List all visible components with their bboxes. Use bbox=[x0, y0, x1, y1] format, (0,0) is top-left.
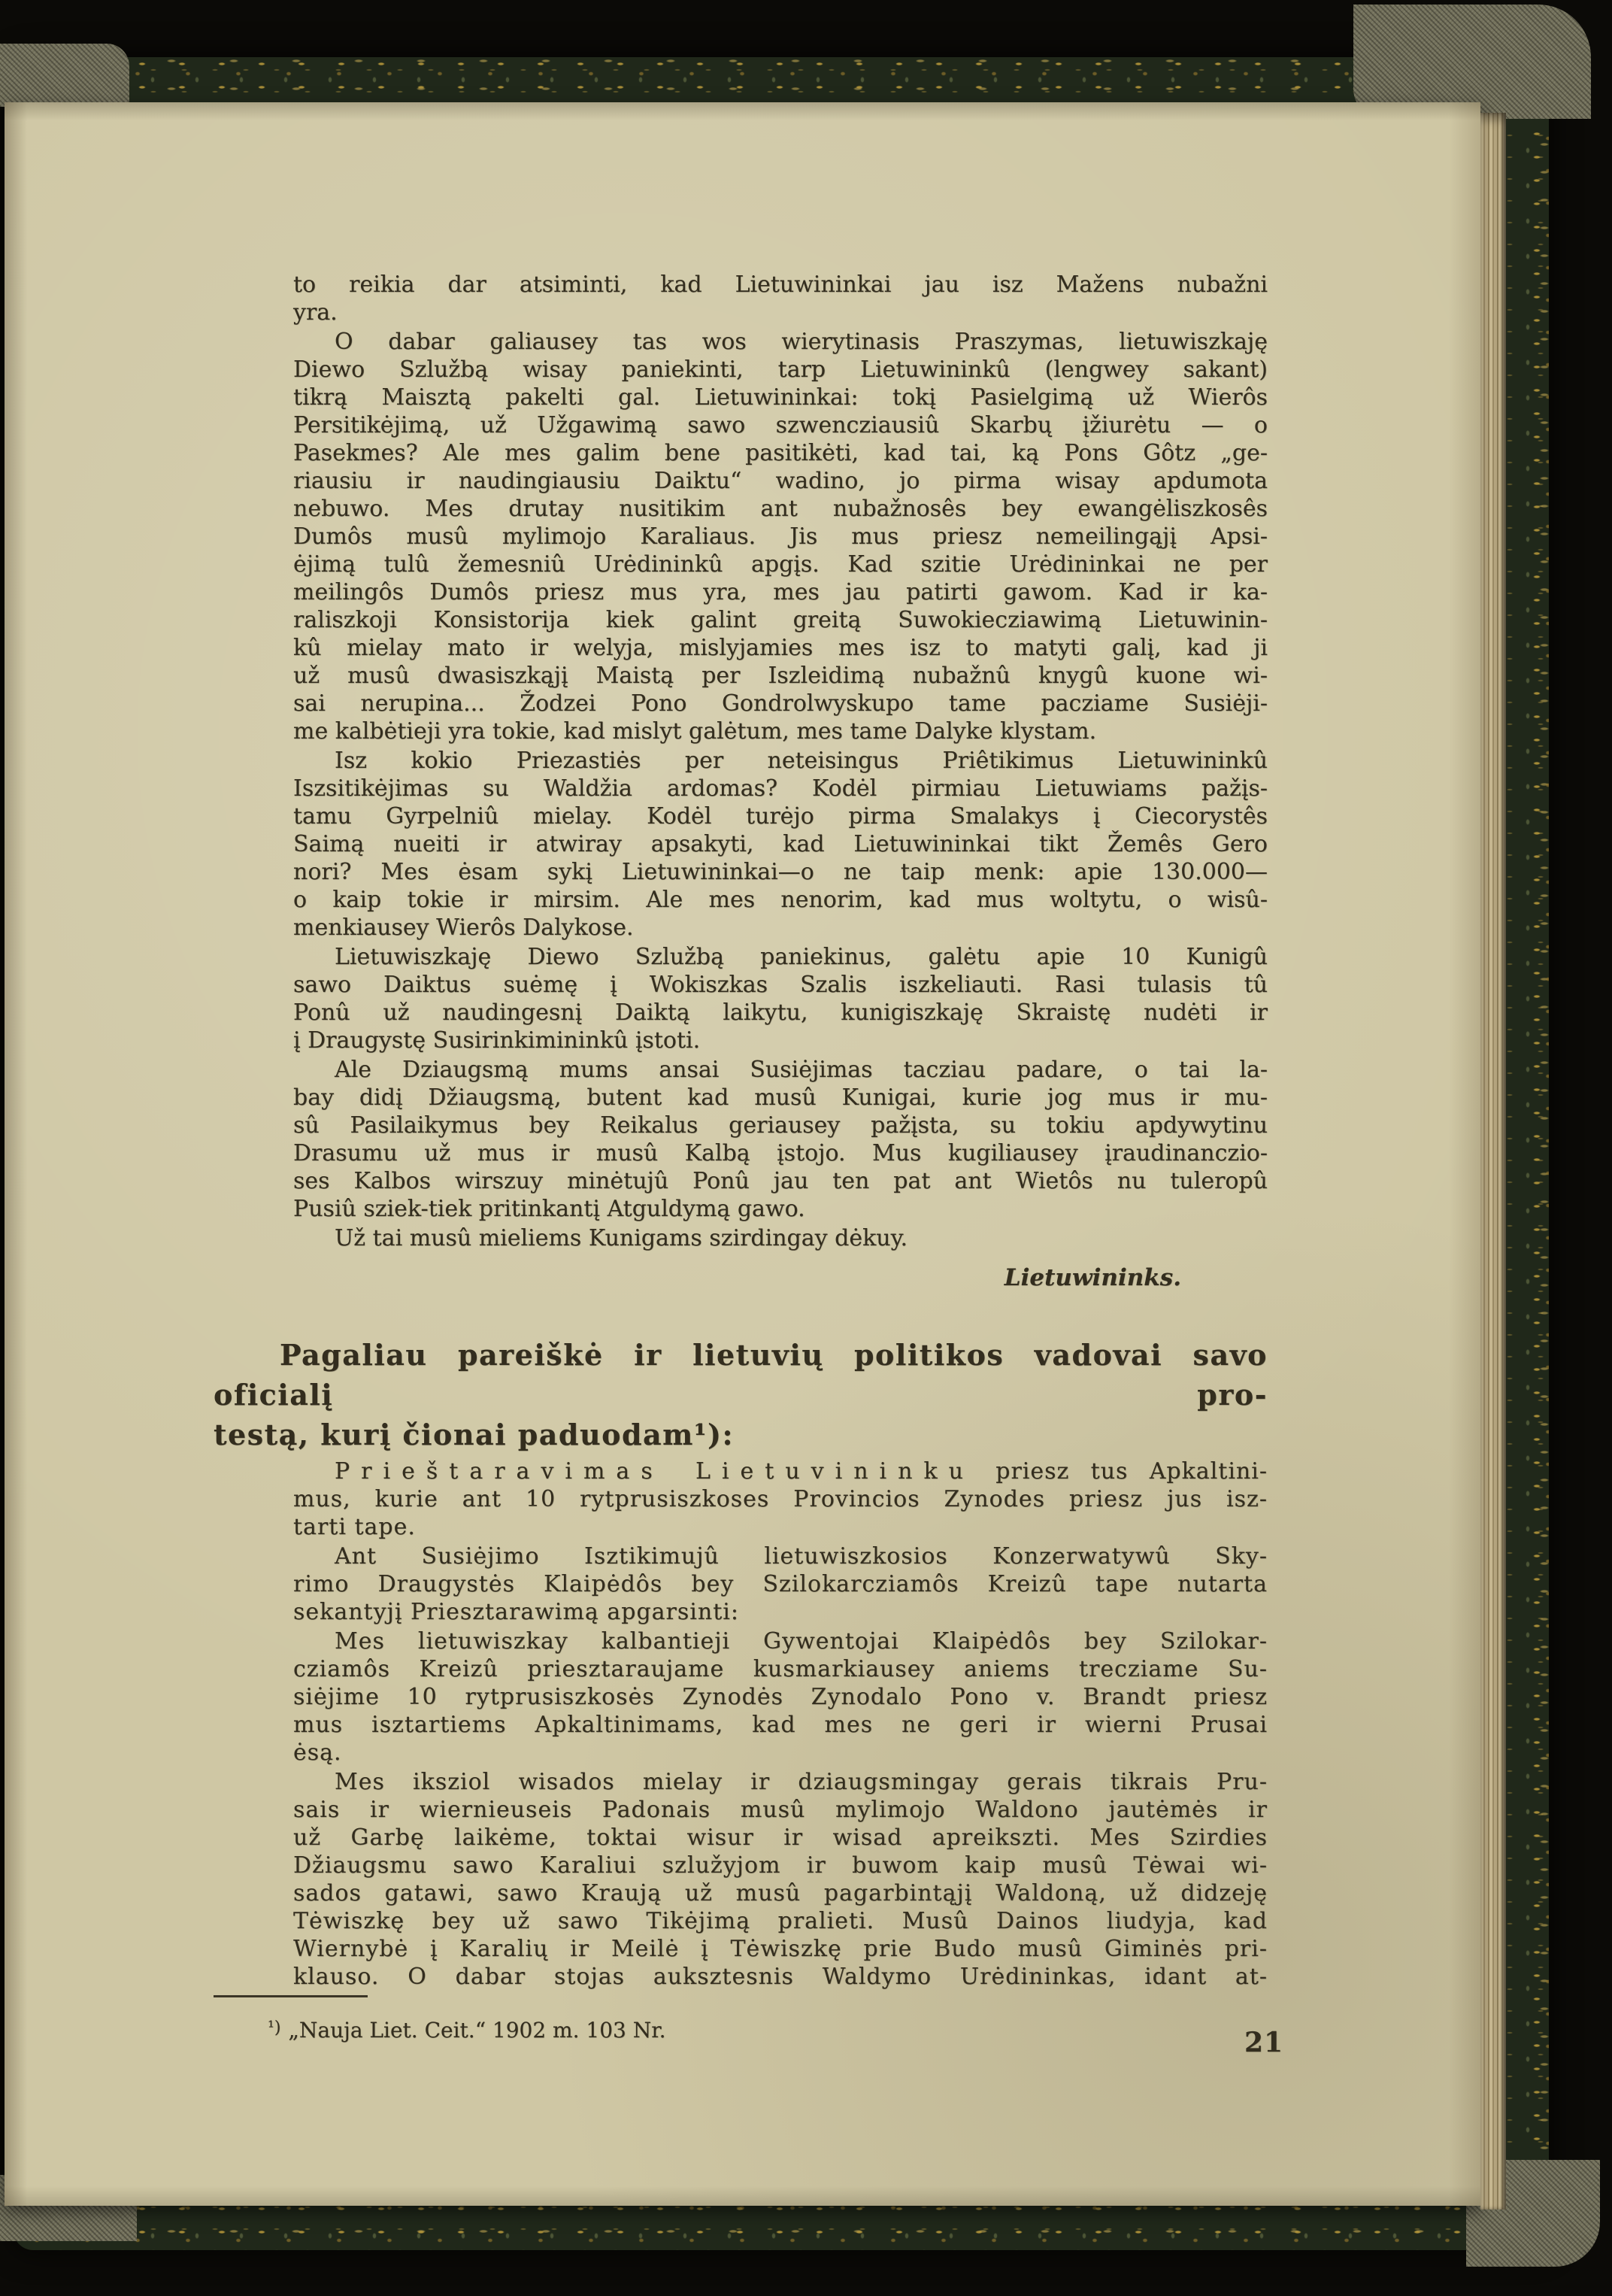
text-line: meilingôs Dumôs priesz mus yra, mes jau … bbox=[293, 578, 1268, 606]
text-line: sawo Daiktus suėmę į Wokiszkas Szalis is… bbox=[293, 971, 1268, 999]
text-line: Mes lietuwiszkay kalbantieji Gywentojai … bbox=[293, 1627, 1268, 1655]
paragraph: Pagaliau pareiškė ir lietuvių politikos … bbox=[214, 1335, 1268, 1454]
text-line: Tėwiszkę bey už sawo Tikėjimą pralieti. … bbox=[293, 1907, 1268, 1935]
spaced-heading: Prieštaravimas Lietuvininku bbox=[335, 1458, 974, 1485]
text-line: Ale Dziaugsmą mums ansai Susiėjimas tacz… bbox=[293, 1056, 1268, 1084]
text-line: testą, kurį čionai paduodam¹): bbox=[214, 1415, 1268, 1454]
text-line: Už tai musû mieliems Kunigams szirdingay… bbox=[293, 1224, 1268, 1252]
text-line: Saimą nueiti ir atwiray apsakyti, kad Li… bbox=[293, 830, 1268, 858]
text-line: Džiaugsmu sawo Karaliui szlužyjom ir buw… bbox=[293, 1852, 1268, 1879]
paragraph: Už tai musû mieliems Kunigams szirdingay… bbox=[293, 1224, 1268, 1252]
text-line: Dumôs musû mylimojo Karaliaus. Jis mus p… bbox=[293, 523, 1268, 550]
text-line: sais ir wiernieuseis Padonais musû mylim… bbox=[293, 1796, 1268, 1824]
text-line: nebuwo. Mes drutay nusitikim ant nubažno… bbox=[293, 495, 1268, 523]
text-line: ėjimą tulû žemesniû Urėdininkû apgįs. Ka… bbox=[293, 550, 1268, 578]
book-page: to reikia dar atsiminti, kad Lietuwinink… bbox=[5, 102, 1480, 2206]
text-line: sû Pasilaikymus bey Reikalus geriausey p… bbox=[293, 1112, 1268, 1139]
text-line: Wiernybė į Karalių ir Meilė į Tėwiszkę p… bbox=[293, 1935, 1268, 1963]
paragraph: Lietuwiszkaję Diewo Szlužbą paniekinus, … bbox=[293, 943, 1268, 1054]
text-line: nori? Mes ėsam sykį Lietuwininkai—o ne t… bbox=[293, 858, 1268, 886]
text-line: cziamôs Kreizû priesztaraujame kusmarkia… bbox=[293, 1655, 1268, 1683]
text-line: ėsą. bbox=[293, 1739, 1268, 1767]
cover-cloth-corner-top-left bbox=[0, 44, 129, 107]
paragraph: Mes lietuwiszkay kalbantieji Gywentojai … bbox=[293, 1627, 1268, 1767]
paragraph: Isz kokio Priezastiės per neteisingus Pr… bbox=[293, 747, 1268, 942]
text-line: rimo Draugystės Klaipėdôs bey Szilokarcz… bbox=[293, 1570, 1268, 1598]
text-column: to reikia dar atsiminti, kad Lietuwinink… bbox=[214, 271, 1268, 2043]
text-line: sekantyjį Priesztarawimą apgarsinti: bbox=[293, 1598, 1268, 1626]
protest-text-block: Prieštaravimas Lietuvininku priesz tus A… bbox=[293, 1457, 1268, 1991]
text-line: Prieštaravimas Lietuvininku priesz tus A… bbox=[293, 1457, 1268, 1485]
page-fore-edge bbox=[1480, 113, 1506, 2210]
text-line: Isz kokio Priezastiės per neteisingus Pr… bbox=[293, 747, 1268, 775]
text-line: Drasumu už mus ir musû Kalbą įstojo. Mus… bbox=[293, 1139, 1268, 1167]
page-number: 21 bbox=[1244, 2027, 1283, 2058]
footnote-marker: ¹) bbox=[268, 2018, 280, 2037]
text-line: me kalbėtieji yra tokie, kad mislyt galė… bbox=[293, 717, 1268, 745]
text-line: Pasekmes? Ale mes galim bene pasitikėti,… bbox=[293, 439, 1268, 467]
text-line: mus isztartiems Apkaltinimams, kad mes n… bbox=[293, 1711, 1268, 1739]
text-line: Iszsitikėjimas su Waldžia ardomas? Kodėl… bbox=[293, 775, 1268, 802]
text-line: tikrą Maisztą pakelti gal. Lietuwininkai… bbox=[293, 384, 1268, 411]
text-line: mus, kurie ant 10 rytprusiszkoses Provin… bbox=[293, 1485, 1268, 1513]
text-line: Pagaliau pareiškė ir lietuvių politikos … bbox=[214, 1335, 1268, 1415]
text-line: į Draugystę Susirinkimininkû įstoti. bbox=[293, 1027, 1268, 1054]
text-line: tamu Gyrpelniû mielay. Kodėl turėjo pirm… bbox=[293, 802, 1268, 830]
text-line: menkiausey Wierôs Dalykose. bbox=[293, 914, 1268, 942]
text-line: ses Kalbos wirszuy minėtujû Ponû jau ten… bbox=[293, 1167, 1268, 1195]
text-line: riausiu ir naudingiausiu Daiktu“ wadino,… bbox=[293, 467, 1268, 495]
paragraph: Mes iksziol wisados mielay ir dziaugsmin… bbox=[293, 1768, 1268, 1991]
text-line: o kaip tokie ir mirsim. Ale mes nenorim,… bbox=[293, 886, 1268, 914]
text-line: Lietuwiszkaję Diewo Szlužbą paniekinus, … bbox=[293, 943, 1268, 971]
text-line: Persitikėjimą, už Užgawimą sawo szwenczi… bbox=[293, 411, 1268, 439]
footnote-text: „Nauja Liet. Ceit.“ 1902 m. 103 Nr. bbox=[288, 2018, 665, 2043]
text-line: už musû dwasiszkąjį Maistą per Iszleidim… bbox=[293, 662, 1268, 690]
footnote: ¹)„Nauja Liet. Ceit.“ 1902 m. 103 Nr. bbox=[268, 2015, 1268, 2043]
text-line: raliszkoji Konsistorija kiek galint grei… bbox=[293, 606, 1268, 634]
text-line: siėjime 10 rytprusiszkosės Zynodės Zynod… bbox=[293, 1683, 1268, 1711]
paragraph: Ale Dziaugsmą mums ansai Susiėjimas tacz… bbox=[293, 1056, 1268, 1223]
scanned-book-photo: to reikia dar atsiminti, kad Lietuwinink… bbox=[0, 0, 1612, 2296]
text-line: sados gatawi, sawo Kraują už musû pagarb… bbox=[293, 1879, 1268, 1907]
paragraph: to reikia dar atsiminti, kad Lietuwinink… bbox=[293, 271, 1268, 326]
text-line: už Garbę laikėme, toktai wisur ir wisad … bbox=[293, 1824, 1268, 1852]
text-line: Pusiû sziek-tiek pritinkantį Atguldymą g… bbox=[293, 1195, 1268, 1223]
text-line: O dabar galiausey tas wos wierytinasis P… bbox=[293, 328, 1268, 356]
text-line: tarti tape. bbox=[293, 1513, 1268, 1541]
letter-text-block: to reikia dar atsiminti, kad Lietuwinink… bbox=[293, 271, 1268, 1252]
paragraph: Prieštaravimas Lietuvininku priesz tus A… bbox=[293, 1457, 1268, 1541]
text-line: Mes iksziol wisados mielay ir dziaugsmin… bbox=[293, 1768, 1268, 1796]
footnote-rule bbox=[214, 1995, 368, 1997]
text-line: Ant Susiėjimo Isztikimujû lietuwiszkosio… bbox=[293, 1542, 1268, 1570]
text-line: Diewo Szlužbą wisay paniekinti, tarp Lie… bbox=[293, 356, 1268, 384]
text-line: to reikia dar atsiminti, kad Lietuwinink… bbox=[293, 271, 1268, 299]
paragraph: O dabar galiausey tas wos wierytinasis P… bbox=[293, 328, 1268, 745]
narrative-paragraph: Pagaliau pareiškė ir lietuvių politikos … bbox=[214, 1335, 1268, 1454]
text-line: Ponû už naudingesnį Daiktą laikytu, kuni… bbox=[293, 999, 1268, 1027]
text-line: kû mielay mato ir welyja, mislyjamies me… bbox=[293, 634, 1268, 662]
text-line: bay didį Džiaugsmą, butent kad musû Kuni… bbox=[293, 1084, 1268, 1112]
text-line: klauso. O dabar stojas auksztesnis Waldy… bbox=[293, 1963, 1268, 1991]
letter-signature: Lietuwininks. bbox=[293, 1263, 1268, 1293]
text-line: sai nerupina... Žodzei Pono Gondrolwysku… bbox=[293, 690, 1268, 717]
paragraph: Ant Susiėjimo Isztikimujû lietuwiszkosio… bbox=[293, 1542, 1268, 1626]
text-line: yra. bbox=[293, 299, 1268, 326]
